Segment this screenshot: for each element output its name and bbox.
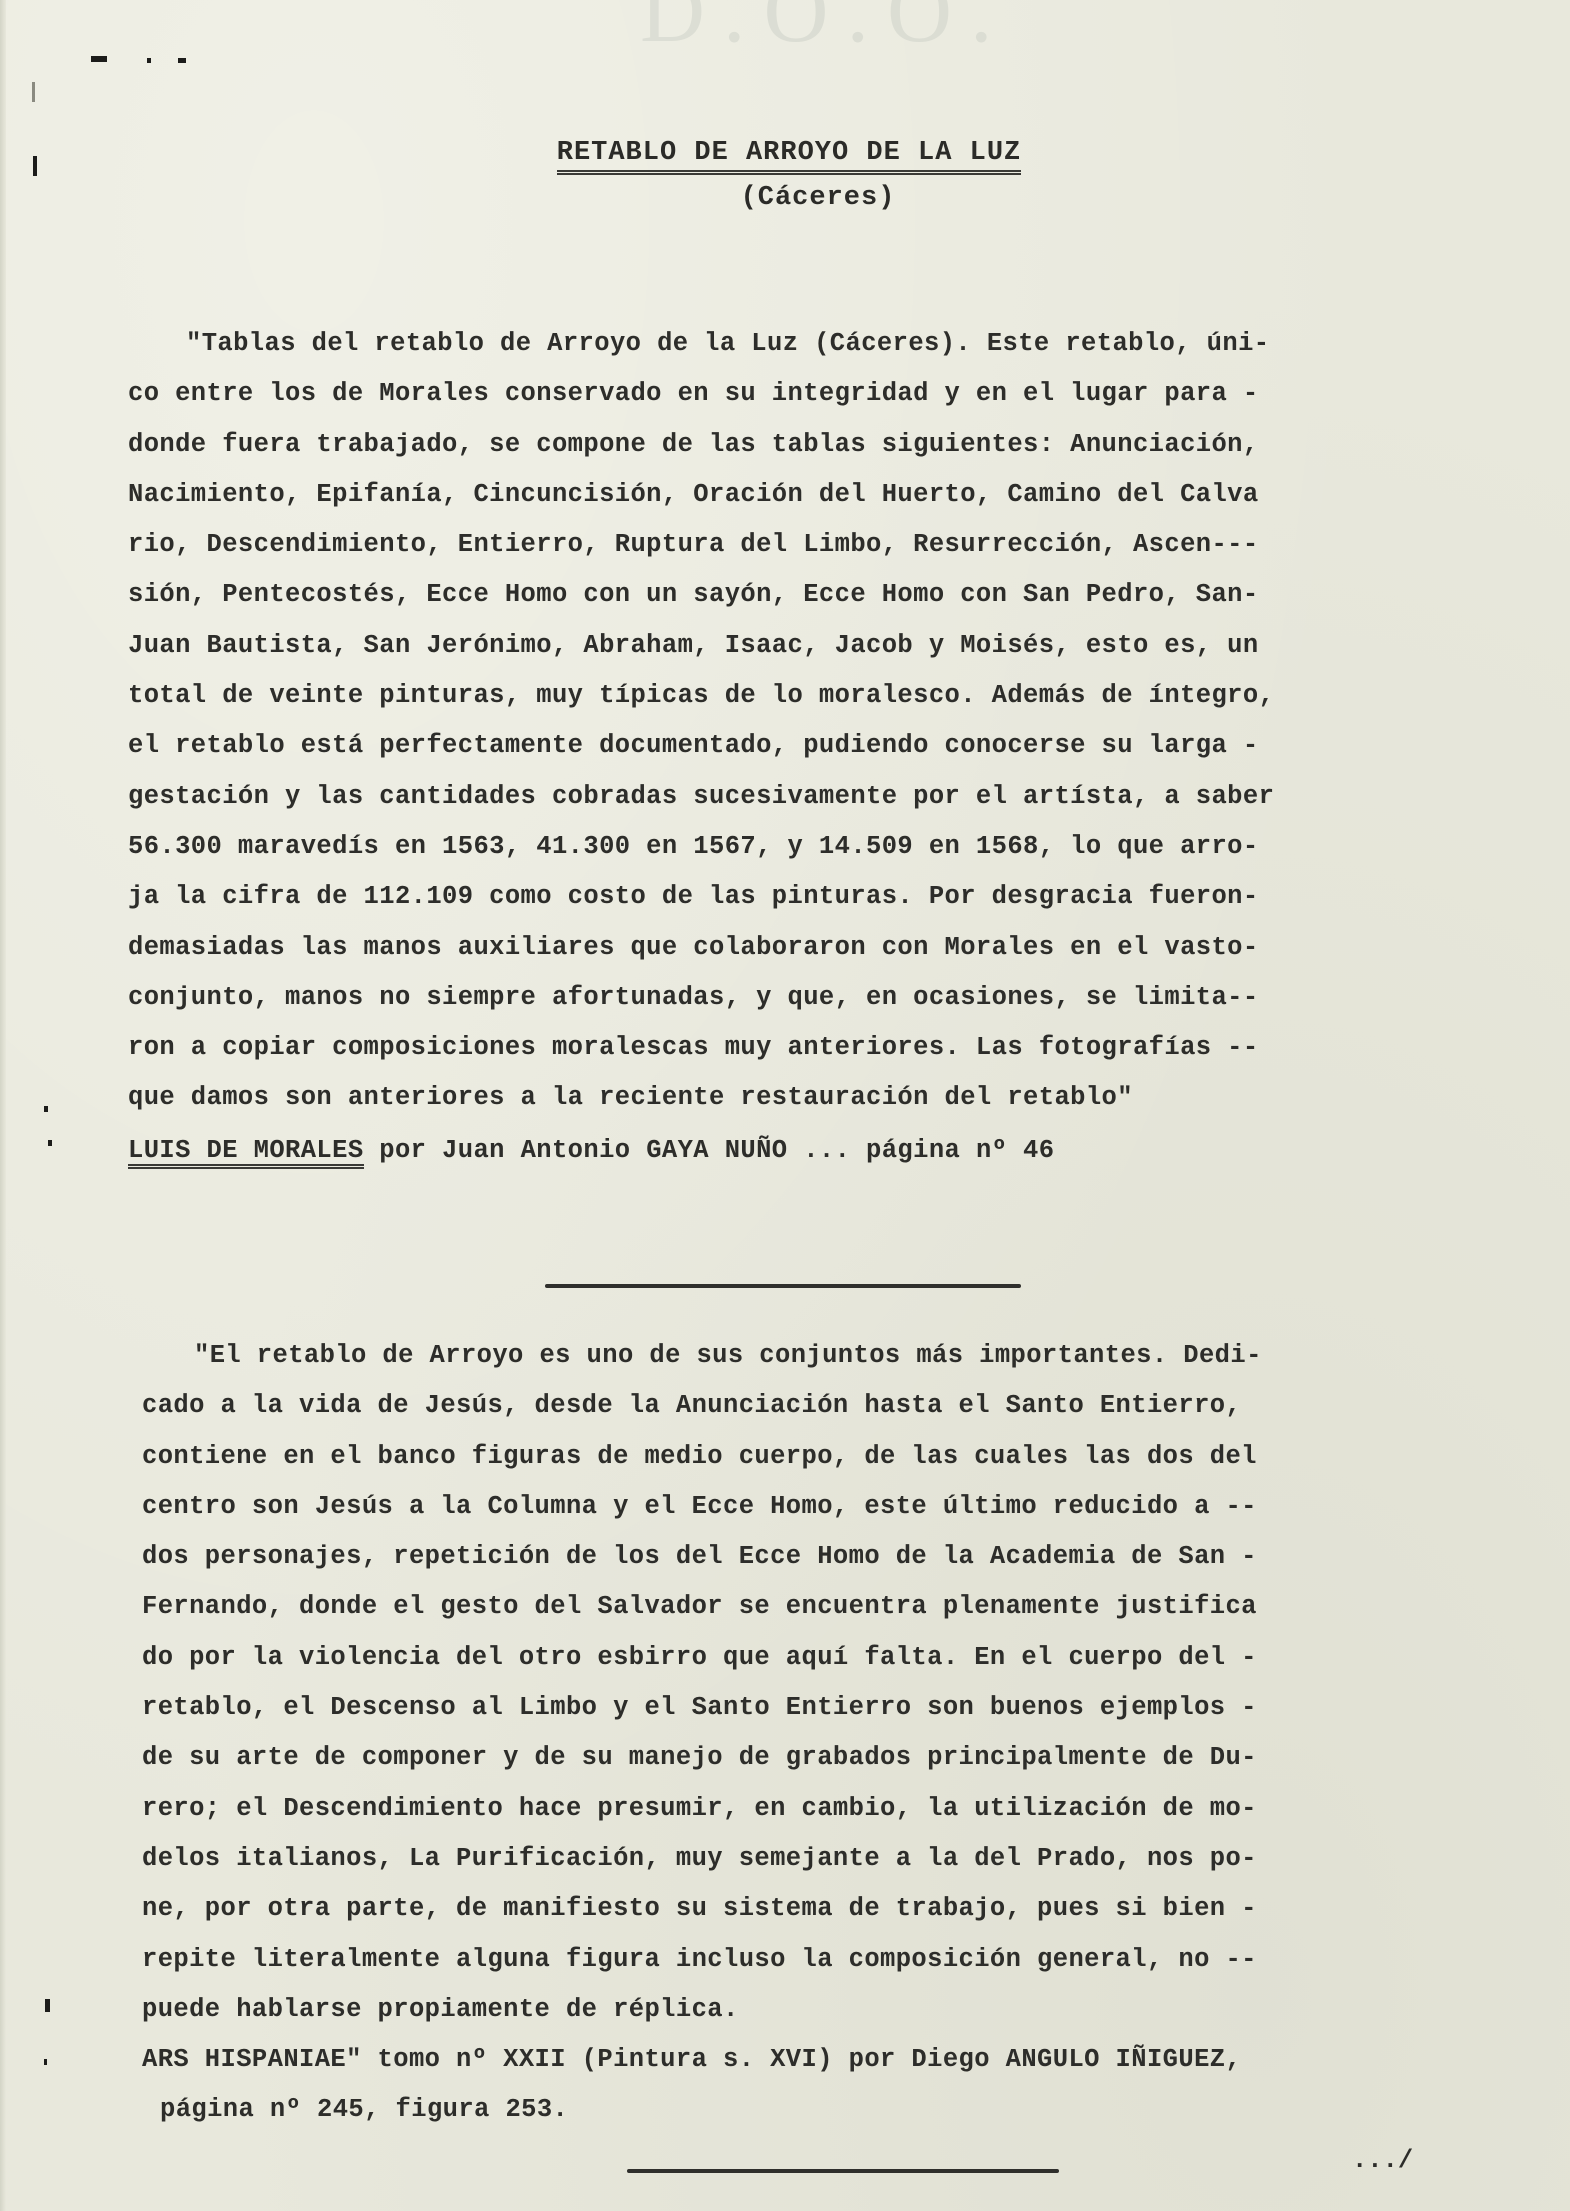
text-line: Nacimiento, Epifanía, Cincuncisión, Orac… [128,470,1488,520]
text-line: conjunto, manos no siempre afortunadas, … [128,973,1488,1023]
text-line: rio, Descendimiento, Entierro, Ruptura d… [128,520,1488,570]
text-line: sión, Pentecostés, Ecce Homo con un sayó… [128,570,1488,620]
text-line: 56.300 maravedís en 1563, 41.300 en 1567… [128,822,1488,872]
citation-line: ARS HISPANIAE" tomo nº XXII (Pintura s. … [128,2035,1488,2085]
text-line: de su arte de componer y de su manejo de… [128,1733,1488,1783]
faded-stamp: D.O.O. [640,0,1011,63]
text-line: ne, por otra parte, de manifiesto su sis… [128,1884,1488,1934]
text-line: puede hablarse propiamente de réplica. [128,1985,1488,2035]
text-line: demasiadas las manos auxiliares que cola… [128,923,1488,973]
text-line: Juan Bautista, San Jerónimo, Abraham, Is… [128,621,1488,671]
margin-mark [44,1106,48,1112]
text-line: centro son Jesús a la Columna y el Ecce … [128,1482,1488,1532]
text-line: Fernando, donde el gesto del Salvador se… [128,1582,1488,1632]
margin-mark [32,82,35,102]
cited-book-title: LUIS DE MORALES [128,1138,364,1169]
section-divider [545,1284,1021,1288]
text-line: ja la cifra de 112.109 como costo de las… [128,872,1488,922]
text-line: cado a la vida de Jesús, desde la Anunci… [128,1381,1488,1431]
citation-details: por Juan Antonio GAYA NUÑO ... página nº… [364,1136,1055,1165]
margin-mark [45,1999,50,2012]
citation-gaya-nuno: LUIS DE MORALES por Juan Antonio GAYA NU… [128,1136,1054,1169]
text-line: total de veinte pinturas, muy típicas de… [128,671,1488,721]
text-line: delos italianos, La Purificación, muy se… [128,1834,1488,1884]
text-line: contiene en el banco figuras de medio cu… [128,1432,1488,1482]
text-line: rero; el Descendimiento hace presumir, e… [128,1784,1488,1834]
margin-mark [91,56,107,62]
text-line: co entre los de Morales conservado en su… [128,369,1488,419]
text-line: "Tablas del retablo de Arroyo de la Luz … [128,319,1488,369]
margin-mark [178,58,186,63]
citation-line: página nº 245, figura 253. [128,2085,1488,2135]
page-title: RETABLO DE ARROYO DE LA LUZ [557,138,1021,175]
text-line: ron a copiar composiciones moralescas mu… [128,1023,1488,1073]
text-line: retablo, el Descenso al Limbo y el Santo… [128,1683,1488,1733]
margin-mark [44,2059,47,2065]
text-line: dos personajes, repetición de los del Ec… [128,1532,1488,1582]
text-line: do por la violencia del otro esbirro que… [128,1633,1488,1683]
continuation-mark: .../ [1352,2146,1413,2175]
quote-angulo-iniguez: "El retablo de Arroyo es uno de sus conj… [128,1331,1488,2136]
section-divider [627,2169,1059,2173]
margin-mark [48,1140,52,1146]
text-line: gestación y las cantidades cobradas suce… [128,772,1488,822]
page-subtitle: (Cáceres) [33,183,1570,213]
quote-gaya-nuno: "Tablas del retablo de Arroyo de la Luz … [128,319,1488,1124]
text-line: "El retablo de Arroyo es uno de sus conj… [128,1331,1488,1381]
text-line: que damos son anteriores a la reciente r… [128,1073,1488,1123]
document-page: D.O.O. RETABLO DE ARROYO DE LA LUZ (Cáce… [0,0,1570,2211]
text-line: el retablo está perfectamente documentad… [128,721,1488,771]
margin-mark [147,58,151,63]
paper-edge [0,0,6,2211]
text-line: repite literalmente alguna figura inclus… [128,1935,1488,1985]
title-block: RETABLO DE ARROYO DE LA LUZ (Cáceres) [0,138,1570,213]
text-line: donde fuera trabajado, se compone de las… [128,420,1488,470]
